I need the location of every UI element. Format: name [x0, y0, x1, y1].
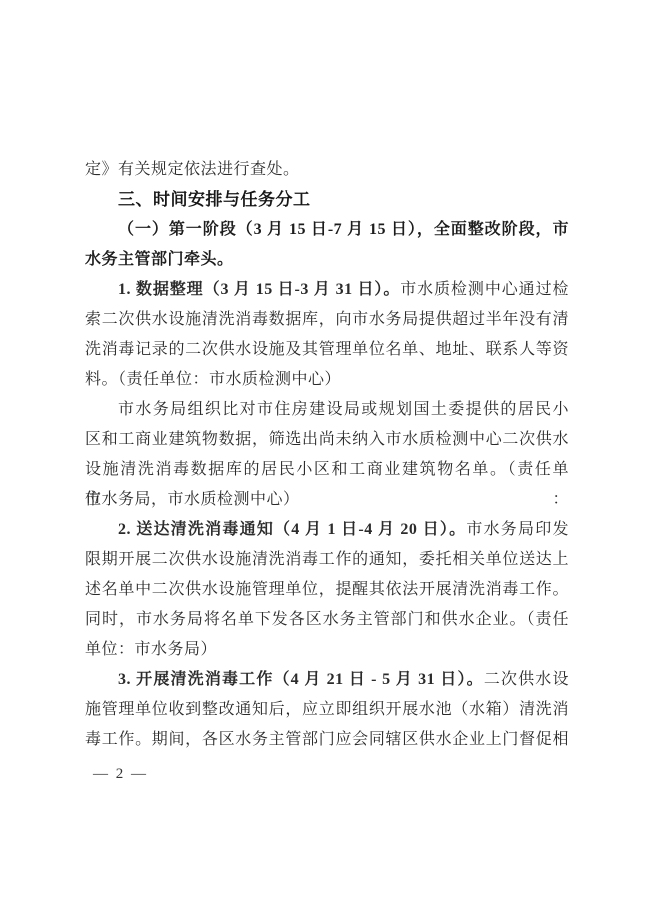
- item-3-heading-line: 3. 开展清洗消毒工作（4 月 21 日 - 5 月 31 日）。二次供水设: [85, 665, 569, 695]
- doc-line: 毒工作。期间，各区水务主管部门应会同辖区供水企业上门督促相: [85, 725, 569, 755]
- doc-text: 限期开展二次供水设施清洗消毒工作的通知，委托相关单位送达上: [85, 551, 569, 568]
- doc-line: 限期开展二次供水设施清洗消毒工作的通知，委托相关单位送达上: [85, 545, 569, 575]
- doc-line: 施管理单位收到整改通知后，应立即组织开展水池（水箱）清洗消: [85, 695, 569, 725]
- item-2-heading-line: 2. 送达清洗消毒通知（4 月 1 日-4 月 20 日）。市水务局印发: [85, 515, 569, 545]
- section-heading: 三、时间安排与任务分工: [85, 185, 569, 215]
- doc-text: 水务主管部门牵头。: [85, 251, 234, 268]
- document-text-block: 定》有关规定依法进行查处。 三、时间安排与任务分工 （一）第一阶段（3 月 15…: [85, 155, 569, 755]
- doc-text: 市水务局组织比对市住房建设局或规划国土委提供的居民小: [118, 401, 569, 418]
- doc-text: 料。（责任单位：市水质检测中心）: [85, 371, 341, 388]
- doc-text: 2. 送达清洗消毒通知（4 月 1 日-4 月 20 日）。: [118, 521, 466, 538]
- document-page: 定》有关规定依法进行查处。 三、时间安排与任务分工 （一）第一阶段（3 月 15…: [0, 0, 650, 919]
- doc-text: 区和工商业建筑物数据，筛选出尚未纳入市水质检测中心二次供水: [85, 431, 569, 448]
- doc-line: 洗消毒记录的二次供水设施及其管理单位名单、地址、联系人等资: [85, 335, 569, 365]
- doc-text: 二次供水设: [484, 671, 569, 688]
- doc-text: 市水务局印发: [466, 521, 569, 538]
- doc-text: 定》有关规定依法进行查处。: [85, 161, 300, 178]
- doc-line: 索二次供水设施清洗消毒数据库，向市水务局提供超过半年没有清: [85, 305, 569, 335]
- doc-line: 同时，市水务局将名单下发各区水务主管部门和供水企业。（责任: [85, 605, 569, 635]
- doc-text: 施管理单位收到整改通知后，应立即组织开展水池（水箱）清洗消: [85, 701, 569, 718]
- doc-line: 料。（责任单位：市水质检测中心）: [85, 365, 569, 395]
- subsection-heading: （一）第一阶段（3 月 15 日-7 月 15 日），全面整改阶段，市: [85, 215, 569, 245]
- doc-line: 定》有关规定依法进行查处。: [85, 155, 569, 185]
- doc-text: 市水务局，市水质检测中心）: [85, 491, 300, 508]
- doc-text: 单位：市水务局）: [85, 641, 217, 658]
- doc-text: 3. 开展清洗消毒工作（4 月 21 日 - 5 月 31 日）。: [118, 671, 484, 688]
- doc-line: 设施清洗消毒数据库的居民小区和工商业建筑物名单。（责任单位：: [85, 455, 569, 485]
- doc-text: （一）第一阶段（3 月 15 日-7 月 15 日），全面整改阶段，市: [118, 221, 569, 238]
- doc-text: 三、时间安排与任务分工: [118, 190, 311, 210]
- doc-text: 1. 数据整理（3 月 15 日-3 月 31 日）。: [118, 281, 400, 298]
- doc-text: 同时，市水务局将名单下发各区水务主管部门和供水企业。（责任: [85, 611, 569, 628]
- subsection-heading-continued: 水务主管部门牵头。: [85, 245, 569, 275]
- doc-line: 述名单中二次供水设施管理单位，提醒其依法开展清洗消毒工作。: [85, 575, 569, 605]
- doc-line: 区和工商业建筑物数据，筛选出尚未纳入市水质检测中心二次供水: [85, 425, 569, 455]
- doc-text: 市水质检测中心通过检: [400, 281, 569, 298]
- doc-text: 述名单中二次供水设施管理单位，提醒其依法开展清洗消毒工作。: [85, 581, 569, 598]
- item-1-heading-line: 1. 数据整理（3 月 15 日-3 月 31 日）。市水质检测中心通过检: [85, 275, 569, 305]
- doc-line: 市水务局组织比对市住房建设局或规划国土委提供的居民小: [85, 395, 569, 425]
- doc-text: 洗消毒记录的二次供水设施及其管理单位名单、地址、联系人等资: [85, 341, 569, 358]
- doc-line: 单位：市水务局）: [85, 635, 569, 665]
- doc-text: 索二次供水设施清洗消毒数据库，向市水务局提供超过半年没有清: [85, 311, 569, 328]
- page-number: — 2 —: [93, 766, 148, 783]
- doc-text: 毒工作。期间，各区水务主管部门应会同辖区供水企业上门督促相: [85, 731, 569, 748]
